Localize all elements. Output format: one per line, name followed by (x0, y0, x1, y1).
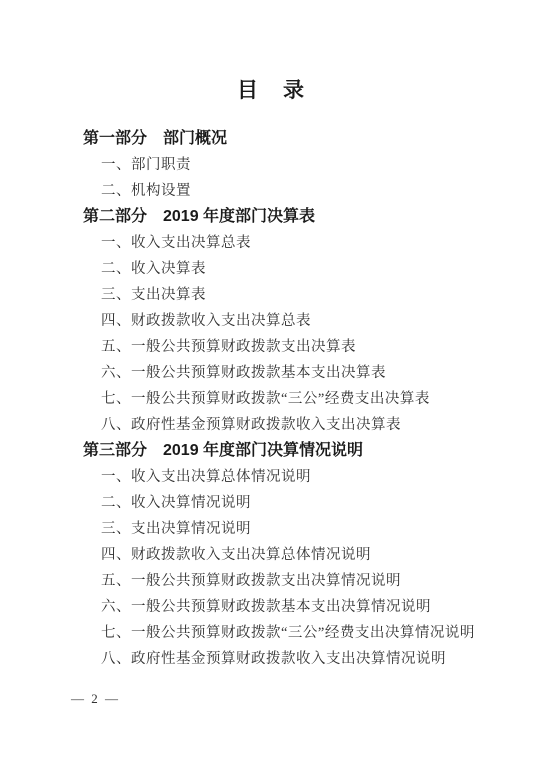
toc-item: 二、收入决算情况说明 (101, 490, 543, 516)
toc-item: 七、一般公共预算财政拨款“三公”经费支出决算表 (101, 386, 543, 412)
toc-item: 一、收入支出决算总表 (101, 230, 543, 256)
toc-item: 一、部门职责 (101, 152, 543, 178)
toc-item: 二、机构设置 (101, 178, 543, 204)
toc-item: 八、政府性基金预算财政拨款收入支出决算表 (101, 412, 543, 438)
toc-item: 二、收入决算表 (101, 256, 543, 282)
toc-section-heading: 第三部分 2019 年度部门决算情况说明 (83, 438, 543, 464)
toc-item: 一、收入支出决算总体情况说明 (101, 464, 543, 490)
table-of-contents: 第一部分 部门概况一、部门职责二、机构设置第二部分 2019 年度部门决算表一、… (0, 126, 543, 672)
toc-item: 四、财政拨款收入支出决算总体情况说明 (101, 542, 543, 568)
toc-item: 三、支出决算表 (101, 282, 543, 308)
toc-item: 五、一般公共预算财政拨款支出决算表 (101, 334, 543, 360)
page-number: — 2 — (71, 691, 120, 707)
toc-section-heading: 第一部分 部门概况 (83, 126, 543, 152)
toc-section-heading: 第二部分 2019 年度部门决算表 (83, 204, 543, 230)
toc-item: 八、政府性基金预算财政拨款收入支出决算情况说明 (101, 646, 543, 672)
toc-item: 五、一般公共预算财政拨款支出决算情况说明 (101, 568, 543, 594)
page-title: 目 录 (0, 0, 543, 104)
toc-item: 六、一般公共预算财政拨款基本支出决算表 (101, 360, 543, 386)
toc-item: 三、支出决算情况说明 (101, 516, 543, 542)
toc-item: 六、一般公共预算财政拨款基本支出决算情况说明 (101, 594, 543, 620)
document-page: 目 录 第一部分 部门概况一、部门职责二、机构设置第二部分 2019 年度部门决… (0, 0, 543, 768)
toc-item: 七、一般公共预算财政拨款“三公”经费支出决算情况说明 (101, 620, 543, 646)
toc-item: 四、财政拨款收入支出决算总表 (101, 308, 543, 334)
